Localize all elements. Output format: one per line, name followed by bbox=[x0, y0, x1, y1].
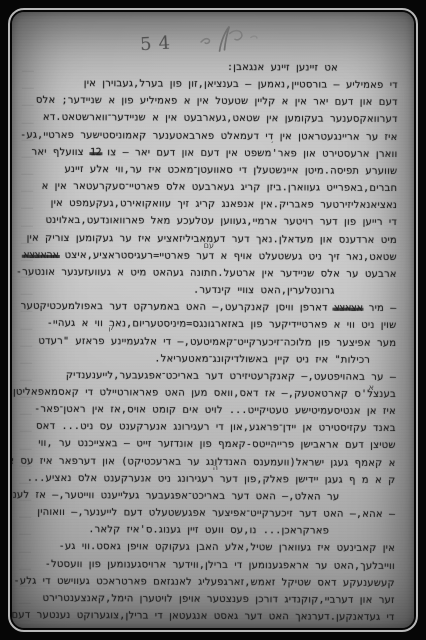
struck-text: אצאצצ bbox=[334, 303, 363, 314]
photo-of-typewritten-page: { "handwriting": { "page_number": "54", … bbox=[0, 0, 426, 640]
text-segment: נאציאנאליזירטער פאבריק.אין אנפאנג קריג ז… bbox=[51, 198, 398, 211]
text-segment: שטיצן דעם אראבישן פרייהייטס-קאמף פון אונ… bbox=[38, 438, 395, 451]
insertion-mark: ה bbox=[213, 464, 218, 472]
text-segment: ווארן ארעסטירט און פאר'משפט אין דעם און … bbox=[101, 147, 397, 160]
text-segment: רכילות" איז ניט קיין באשולדיקונג־מאטעריא… bbox=[154, 353, 370, 365]
handwritten-scribble-icon bbox=[196, 23, 263, 56]
text-segment: איז ער אריינגעטראטן אין די דעמאלט פארבאט… bbox=[20, 129, 397, 142]
paragraph: — ער באהויפטעט,— קאנקרעטיזירט דער באריכט… bbox=[17, 366, 396, 506]
text-segment: — מיר bbox=[363, 303, 397, 314]
text-segment: שווערע תפיסה.מיטן איינשטעלן די סאוועטן־מ… bbox=[64, 164, 397, 177]
insertion-mark: ק bbox=[108, 324, 114, 332]
text-segment: די פאמיליע — בורסטיין,נאמען — בענציאן,זו… bbox=[84, 78, 398, 91]
text-segment: א קאמף געגן ישראל(וועמענס האנדלונג ער בא… bbox=[12, 455, 396, 468]
text-segment: די רייען פון דער רויטער ארמיי,געווען עטל… bbox=[45, 215, 397, 228]
text-segment: ארבעט ער אלס שניידער אין ארטעל.חתונה געה… bbox=[16, 267, 397, 280]
handwritten-page-number: 54 bbox=[140, 32, 178, 55]
text-segment: אין קאבינעט איז געווארן שטיל,אלע האבן גע… bbox=[59, 541, 395, 554]
photo-frame: 54 אט זיינען זיינע אנגאבן: די פאמיליע — … bbox=[0, 0, 426, 640]
paper: 54 אט זיינען זיינע אנגאבן: די פאמיליע — … bbox=[12, 12, 414, 628]
paragraph: — אהא,— האט דער זיכערקייט־אפיצער אפגעשטע… bbox=[17, 504, 395, 541]
typewritten-text: אט זיינען זיינע אנגאבן: די פאמיליע — בור… bbox=[17, 58, 398, 626]
text-segment: דערוואקסענער בעקומען אין שטאט,געארבעט אי… bbox=[43, 112, 398, 125]
text-segment: באנד עקזיסטירט אן יידן־פראגע,און די רעגי… bbox=[36, 421, 396, 434]
text-segment: דעם און דעם יאר אין א קליין שטעטל אין א … bbox=[36, 95, 398, 108]
text-segment: איז אן אנטיסעמיטישע טעטיקייט... לויט אים… bbox=[34, 404, 396, 417]
text-segment: דארפן וויסן קאנקרעט,— האט באמערקט דער בא… bbox=[21, 301, 334, 314]
insertion-mark: ׳ bbox=[271, 140, 274, 148]
text-segment: די געדאנקען.דערנאך האט דער גאסט אנגעטאן … bbox=[12, 610, 395, 623]
text-segment: חברים,באפרייט געווארן.ביזן קריג געארבעט … bbox=[42, 181, 398, 194]
text-line: די געדאנקען.דערנאך האט דער גאסט אנגעטאן … bbox=[17, 607, 395, 626]
text-segment: — אהא,— האט דער זיכערקייט־אפיצער אפגעשטע… bbox=[37, 507, 395, 520]
text-segment: שוין ניט ווי א פארטיידיקער פון באזארגונג… bbox=[47, 318, 397, 331]
text-segment: בענצל'ס קארטאטעק,— אז דאס,וואס מען האט פ… bbox=[12, 387, 396, 400]
struck-text: אהאצצא bbox=[23, 249, 59, 260]
paragraph: אין קאבינעט איז געווארן שטיל,אלע האבן גע… bbox=[17, 538, 396, 626]
text-segment: גרונטלערין,האט צוויי קינדער. bbox=[193, 285, 335, 297]
text-segment: ווייבלעך,האט ער אראפגענומען די ברילן,ווי… bbox=[45, 558, 395, 571]
text-segment: ער האלט,— האט דער באריכט־אפגעבער געלייענ… bbox=[12, 489, 339, 502]
struck-text: 12 bbox=[90, 147, 101, 158]
handwriting-area: 54 bbox=[139, 23, 263, 59]
text-segment: ק א מ ף געגן יידישן פאלק,פון דער רעגירונ… bbox=[27, 472, 396, 485]
text-segment: שטאט,נאר זיך ניט געשטעלט אויף א דער פארט… bbox=[58, 250, 396, 263]
text-segment: פארקראכן... נו,עס וועט זיין גענוג.ס'איז … bbox=[88, 524, 329, 536]
text-segment: צוועלף יאר bbox=[31, 147, 90, 158]
text-segment: זער און דערביי,קוקנדיג דורכן פענצטער אוי… bbox=[42, 593, 394, 606]
insertion-mark: א bbox=[369, 384, 374, 392]
paragraph: די פאמיליע — בורסטיין,נאמען — בענציאן,זו… bbox=[19, 75, 398, 300]
text-segment: — ער באהויפטעט,— קאנקרעטיזירט דער באריכט… bbox=[66, 370, 396, 383]
paragraph: — מיר אצאצצ דארפן וויסן קאנקרעט,— האט בא… bbox=[18, 298, 396, 369]
insertion-mark: עם bbox=[204, 242, 214, 250]
text-segment: מער אפיצער פון מלוכה־זיכערקייט־קאמיטעט,—… bbox=[38, 335, 396, 348]
text-segment: קעשענעקע דאס שטיקל זאמש,זארגפעליג לאנגזא… bbox=[14, 575, 395, 588]
